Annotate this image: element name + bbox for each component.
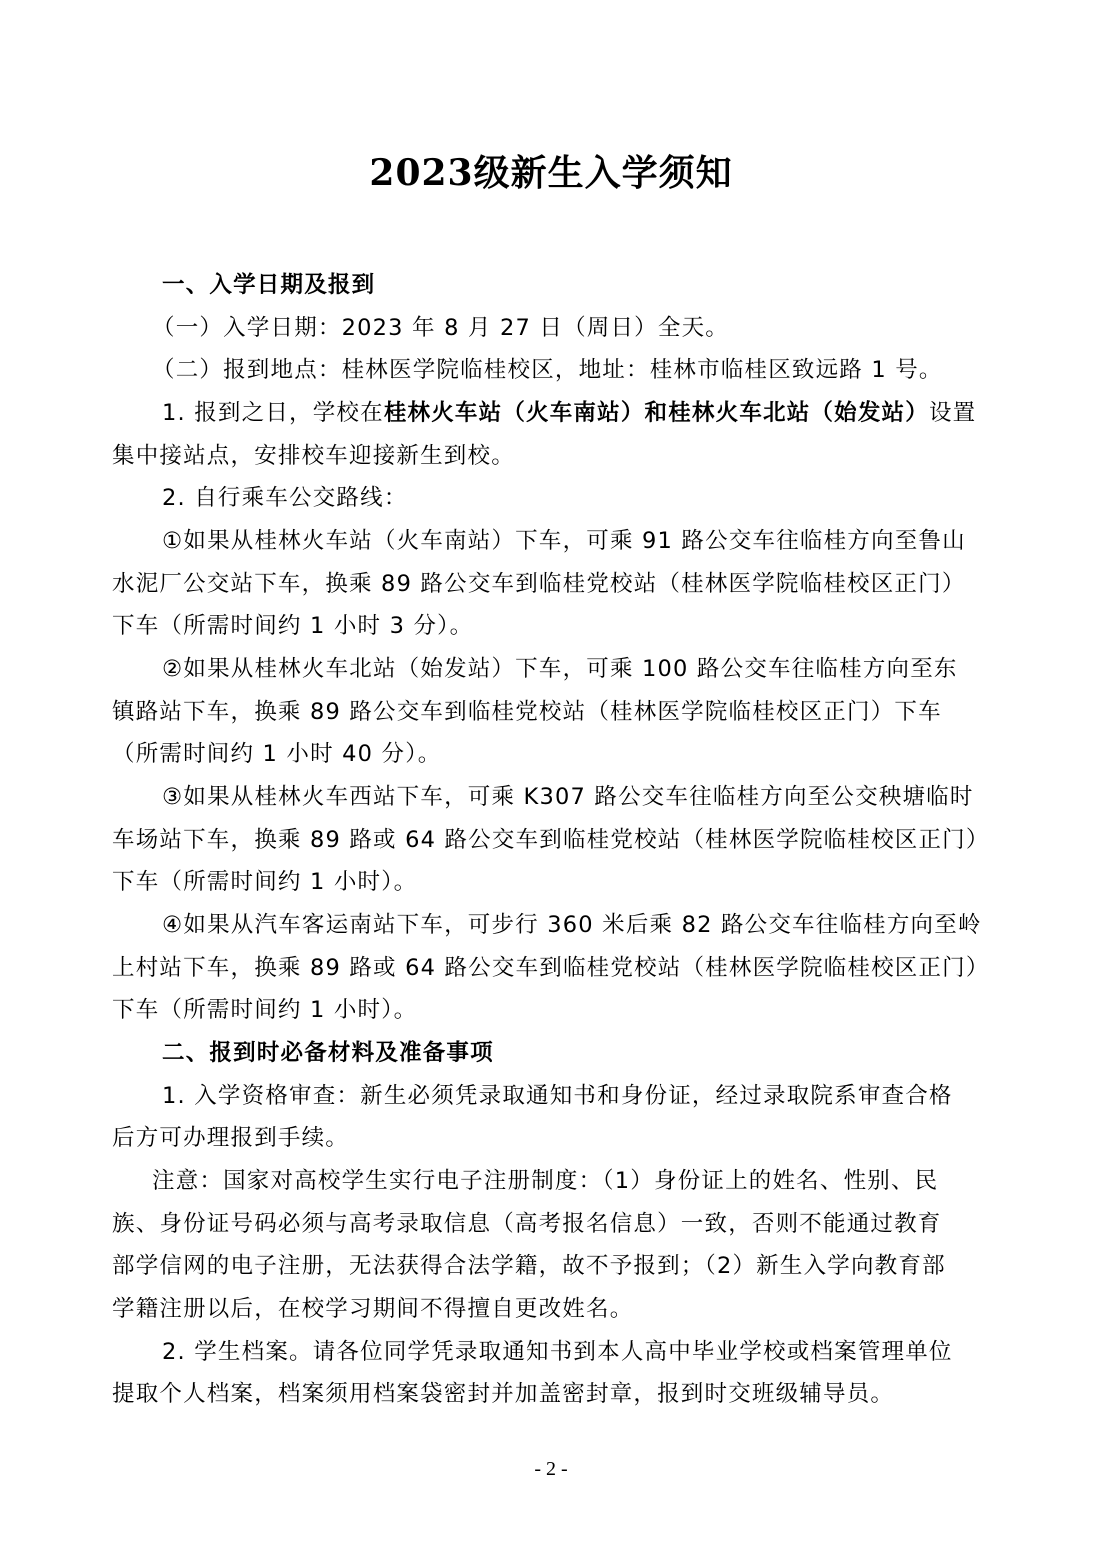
route-4-line1: ④如果从汽车客运南站下车，可步行 360 米后乘 82 路公交车往临桂方向至岭 [162,910,982,940]
qualification-line1: 1. 入学资格审查：新生必须凭录取通知书和身份证，经过录取院系审查合格 [162,1081,953,1111]
route-2-line2: 镇路站下车，换乘 89 路公交车到临桂党校站（桂林医学院临桂校区正门）下车 [112,697,942,727]
bus-routes-heading: 2. 自行乘车公交路线： [162,483,408,513]
pickup-suffix: 设置 [929,400,976,426]
note-line2: 族、身份证号码必须与高考录取信息（高考报名信息）一致，否则不能通过教育 [112,1209,942,1239]
archive-line2: 提取个人档案，档案须用档案袋密封并加盖密封章，报到时交班级辅导员。 [112,1379,894,1409]
pickup-paragraph-line1: 1. 报到之日，学校在桂林火车站（火车南站）和桂林火车北站（始发站）设置 [162,398,976,428]
note-line3: 部学信网的电子注册，无法获得合法学籍，故不予报到；（2）新生入学向教育部 [112,1251,946,1281]
route-1-line3: 下车（所需时间约 1 小时 3 分）。 [112,611,473,641]
pickup-station-north: 桂林火车北站（始发站） [668,400,929,426]
pickup-station-south: 桂林火车站（火车南站） [384,400,645,426]
registration-location: （二）报到地点：桂林医学院临桂校区，地址：桂林市临桂区致远路 1 号。 [152,355,943,385]
enrollment-date: （一）入学日期：2023 年 8 月 27 日（周日）全天。 [152,313,729,343]
route-4-line2: 上村站下车，换乘 89 路或 64 路公交车到临桂党校站（桂林医学院临桂校区正门… [112,953,990,983]
route-1-line2: 水泥厂公交站下车，换乘 89 路公交车到临桂党校站（桂林医学院临桂校区正门） [112,569,966,599]
pickup-paragraph-line2: 集中接站点，安排校车迎接新生到校。 [112,441,515,471]
qualification-line2: 后方可办理报到手续。 [112,1123,349,1153]
route-3-line3: 下车（所需时间约 1 小时）。 [112,867,417,897]
section-heading-enrollment: 一、入学日期及报到 [162,270,375,300]
route-3-line2: 车场站下车，换乘 89 路或 64 路公交车到临桂党校站（桂林医学院临桂校区正门… [112,825,990,855]
route-1-line1: ①如果从桂林火车站（火车南站）下车，可乘 91 路公交车往临桂方向至鲁山 [162,526,966,556]
archive-line1: 2. 学生档案。请各位同学凭录取通知书到本人高中毕业学校或档案管理单位 [162,1337,953,1367]
route-2-line3: （所需时间约 1 小时 40 分）。 [112,739,441,769]
route-4-line3: 下车（所需时间约 1 小时）。 [112,995,417,1025]
document-page: 2023级新生入学须知 一、入学日期及报到 （一）入学日期：2023 年 8 月… [0,0,1102,1559]
page-number: - 2 - [0,1455,1102,1483]
route-3-line1: ③如果从桂林火车西站下车，可乘 K307 路公交车往临桂方向至公交秧塘临时 [162,782,974,812]
pickup-conjunction: 和 [645,400,669,426]
pickup-prefix: 1. 报到之日，学校在 [162,400,384,426]
route-2-line1: ②如果从桂林火车北站（始发站）下车，可乘 100 路公交车往临桂方向至东 [162,654,958,684]
section-heading-materials: 二、报到时必备材料及准备事项 [162,1038,494,1068]
note-line4: 学籍注册以后，在校学习期间不得擅自更改姓名。 [112,1294,633,1324]
note-line1: 注意：国家对高校学生实行电子注册制度：（1）身份证上的姓名、性别、民 [152,1166,938,1196]
document-title: 2023级新生入学须知 [0,148,1102,198]
